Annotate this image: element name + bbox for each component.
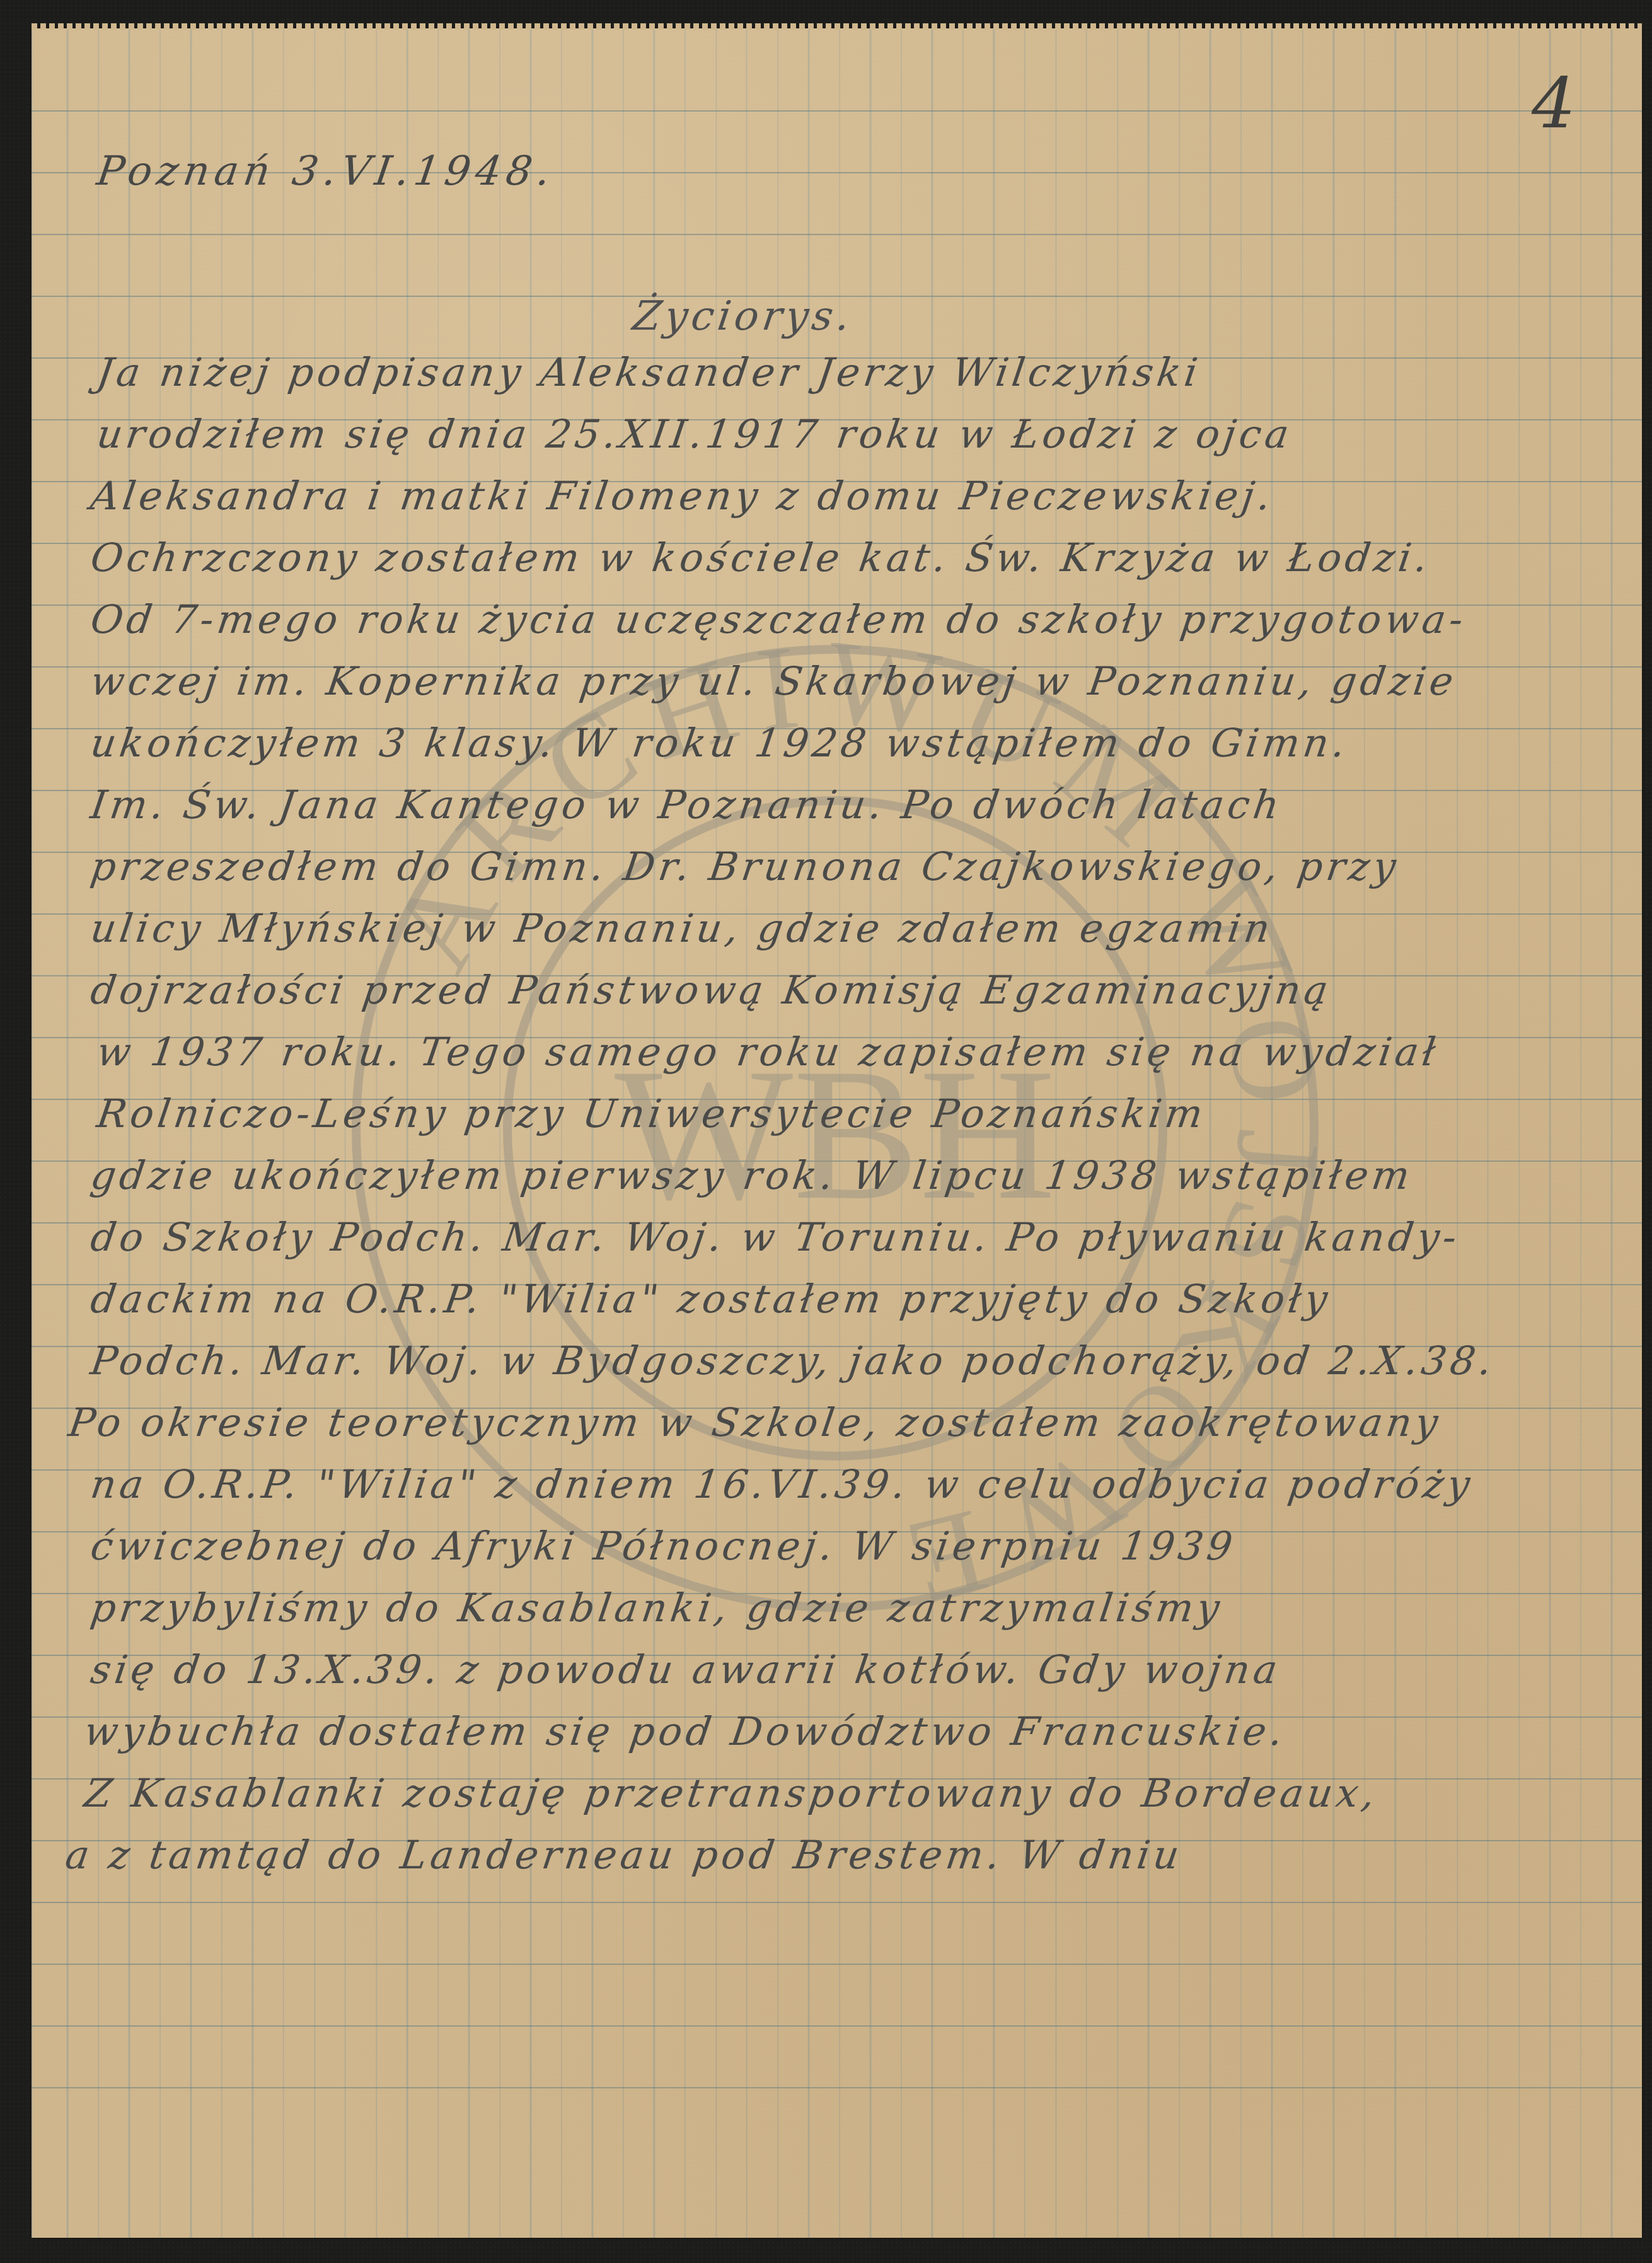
text-line: Od 7-mego roku życia uczęszczałem do szk… xyxy=(88,600,1469,639)
text-line: a z tamtąd do Landerneau pod Brestem. W … xyxy=(63,1836,1185,1875)
text-line: ulicy Młyńskiej w Poznaniu, gdzie zdałem… xyxy=(88,909,1276,948)
text-line: Po okresie teoretycznym w Szkole, został… xyxy=(66,1403,1444,1442)
place-date: Poznań 3.VI.1948. xyxy=(95,151,558,192)
text-line: Rolniczo-Leśny przy Uniwersytecie Poznań… xyxy=(95,1094,1209,1133)
text-line: Ja niżej podpisany Aleksander Jerzy Wilc… xyxy=(95,353,1204,392)
ruled-line xyxy=(32,2025,1642,2027)
text-line: przeszedłem do Gimn. Dr. Brunona Czajkow… xyxy=(88,847,1402,886)
text-line: ukończyłem 3 klasy. W roku 1928 wstąpiłe… xyxy=(88,724,1351,763)
ruled-line xyxy=(32,234,1642,235)
text-line: dackim na O.R.P. "Wilia" zostałem przyję… xyxy=(88,1280,1334,1319)
text-line: na O.R.P. "Wilia" z dniem 16.VI.39. w ce… xyxy=(88,1465,1476,1504)
document-title: Życiorys. xyxy=(630,296,856,337)
ruled-line xyxy=(32,1964,1642,1965)
text-line: urodziłem się dnia 25.XII.1917 roku w Ło… xyxy=(95,415,1295,454)
text-line: Im. Św. Jana Kantego w Poznaniu. Po dwóc… xyxy=(88,785,1285,825)
text-line: dojrzałości przed Państwową Komisją Egza… xyxy=(88,971,1334,1010)
text-line: Aleksandra i matki Filomeny z domu Piecz… xyxy=(88,477,1277,516)
text-line: wczej im. Kopernika przy ul. Skarbowej w… xyxy=(88,662,1460,701)
text-line: do Szkoły Podch. Mar. Woj. w Toruniu. Po… xyxy=(88,1218,1463,1257)
text-line: przybyliśmy do Kasablanki, gdzie zatrzym… xyxy=(88,1589,1226,1628)
page-number: 4 xyxy=(1532,63,1576,144)
ruled-line xyxy=(32,110,1642,112)
text-line: gdzie ukończyłem pierwszy rok. W lipcu 1… xyxy=(88,1156,1416,1195)
text-line: wybuchła dostałem się pod Dowództwo Fran… xyxy=(82,1712,1289,1751)
text-line: Z Kasablanki zostaję przetransportowany … xyxy=(82,1774,1381,1813)
text-line: ćwiczebnej do Afryki Północnej. W sierpn… xyxy=(88,1527,1239,1566)
ruled-line xyxy=(32,1902,1642,1903)
text-line: w 1937 roku. Tego samego roku zapisałem … xyxy=(95,1033,1441,1072)
text-line: Ochrzczony zostałem w kościele kat. Św. … xyxy=(88,538,1434,577)
text-line: Podch. Mar. Woj. w Bydgoszczy, jako podc… xyxy=(88,1341,1498,1380)
ruled-line xyxy=(32,2087,1642,2088)
text-line: się do 13.X.39. z powodu awarii kotłów. … xyxy=(88,1650,1283,1689)
